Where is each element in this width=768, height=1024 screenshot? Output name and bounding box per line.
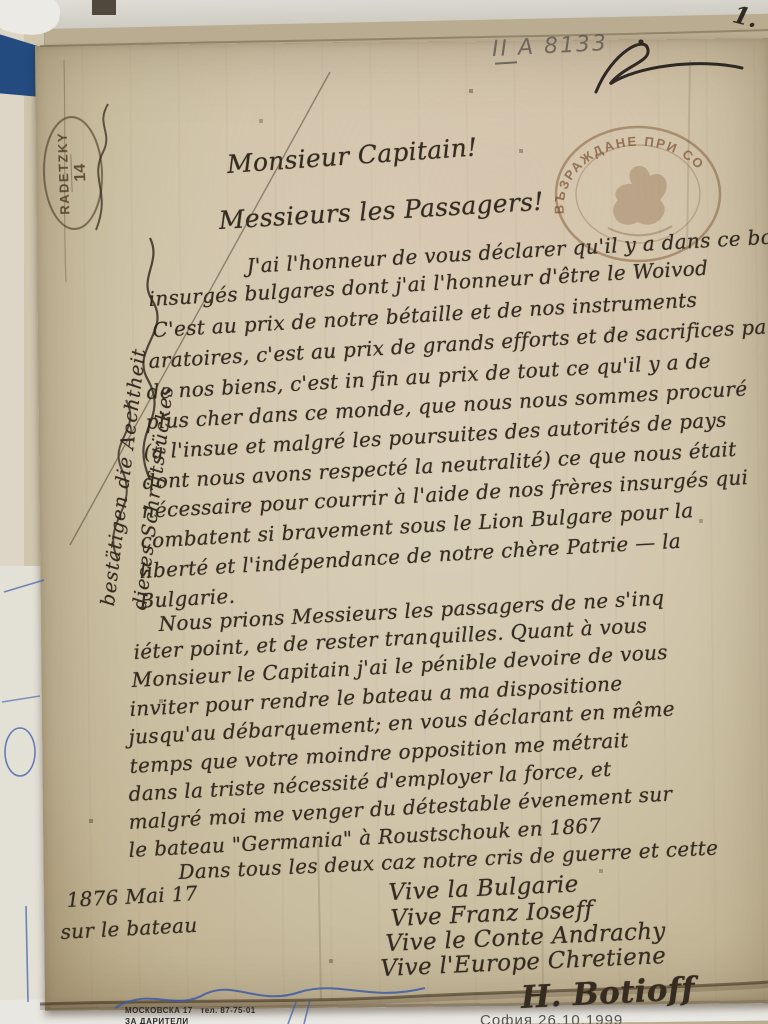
dark-notch bbox=[92, 0, 116, 15]
stamp-figure bbox=[613, 166, 667, 225]
paper-speckles bbox=[0, 0, 2, 2]
footer-line2: ЗА ДАРИТЕЛИ bbox=[125, 1017, 189, 1024]
ship-stamp-name: RADETZKY bbox=[55, 132, 73, 215]
footer-date-stamp: София 26.10.1999 bbox=[480, 1012, 623, 1024]
footer-street: МОСКОВСКА 17 bbox=[125, 1006, 193, 1015]
footer-phone: тел. 87-75-01 bbox=[200, 1006, 255, 1015]
ship-stamp-number: 14 bbox=[70, 154, 90, 192]
ruled-paper-under-left bbox=[0, 566, 46, 1012]
corner-ink-mark: 1. bbox=[730, 0, 761, 34]
footer-address: МОСКОВСКА 17 тел. 87-75-01 bbox=[125, 1006, 256, 1015]
photographed-document: II A 8133 1. RADETZKY 14 ВЪЗРАЖДАНЕ ПРИ … bbox=[0, 0, 768, 1024]
